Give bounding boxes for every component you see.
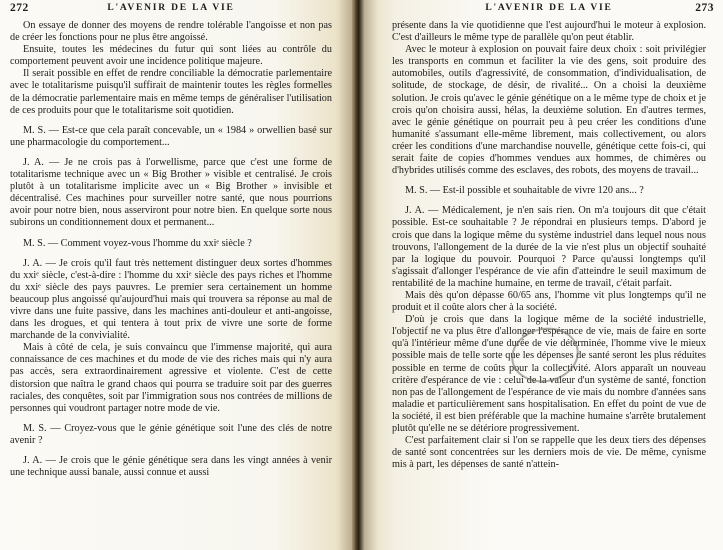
running-title-left: L'AVENIR DE LA VIE xyxy=(10,3,332,13)
body-paragraph: Ensuite, toutes les médecines du futur q… xyxy=(10,44,332,68)
book-spread: 272 L'AVENIR DE LA VIE On essaye de donn… xyxy=(0,0,723,550)
body-paragraph: Il serait possible en effet de rendre co… xyxy=(10,68,332,116)
body-paragraph: M. S. — Est-il possible et souhaitable d… xyxy=(392,185,706,197)
body-paragraph: On essaye de donner des moyens de rendre… xyxy=(10,20,332,44)
body-paragraph: M. S. — Comment voyez-vous l'homme du xx… xyxy=(10,238,332,250)
body-paragraph: présente dans la vie quotidienne que l'e… xyxy=(392,20,706,44)
body-paragraph: Mais dès qu'on dépasse 60/65 ans, l'homm… xyxy=(392,290,706,314)
left-page-body: On essaye de donner des moyens de rendre… xyxy=(10,20,332,479)
body-paragraph: Avec le moteur à explosion on pouvait fa… xyxy=(392,44,706,177)
body-paragraph: M. S. — Croyez-vous que le génie génétiq… xyxy=(10,423,332,447)
right-page: L'AVENIR DE LA VIE 273 présente dans la … xyxy=(352,0,723,550)
left-page: 272 L'AVENIR DE LA VIE On essaye de donn… xyxy=(0,0,352,550)
body-paragraph: M. S. — Est-ce que cela paraît concevabl… xyxy=(10,125,332,149)
right-page-body: présente dans la vie quotidienne que l'e… xyxy=(392,20,706,471)
page-number-right: 273 xyxy=(695,2,714,14)
body-paragraph: C'est parfaitement clair si l'on se rapp… xyxy=(392,435,706,471)
body-paragraph: J. A. — Médicalement, je n'en sais rien.… xyxy=(392,205,706,290)
body-paragraph: J. A. — Je crois qu'il faut très netteme… xyxy=(10,258,332,343)
body-paragraph: J. A. — Je crois que le génie génétique … xyxy=(10,455,332,479)
running-title-right: L'AVENIR DE LA VIE xyxy=(392,3,706,13)
body-paragraph: J. A. — Je ne crois pas à l'orwellisme, … xyxy=(10,157,332,230)
body-paragraph: Mais à côté de cela, je suis convaincu q… xyxy=(10,342,332,415)
body-paragraph: D'où je crois que dans la logique même d… xyxy=(392,314,706,435)
